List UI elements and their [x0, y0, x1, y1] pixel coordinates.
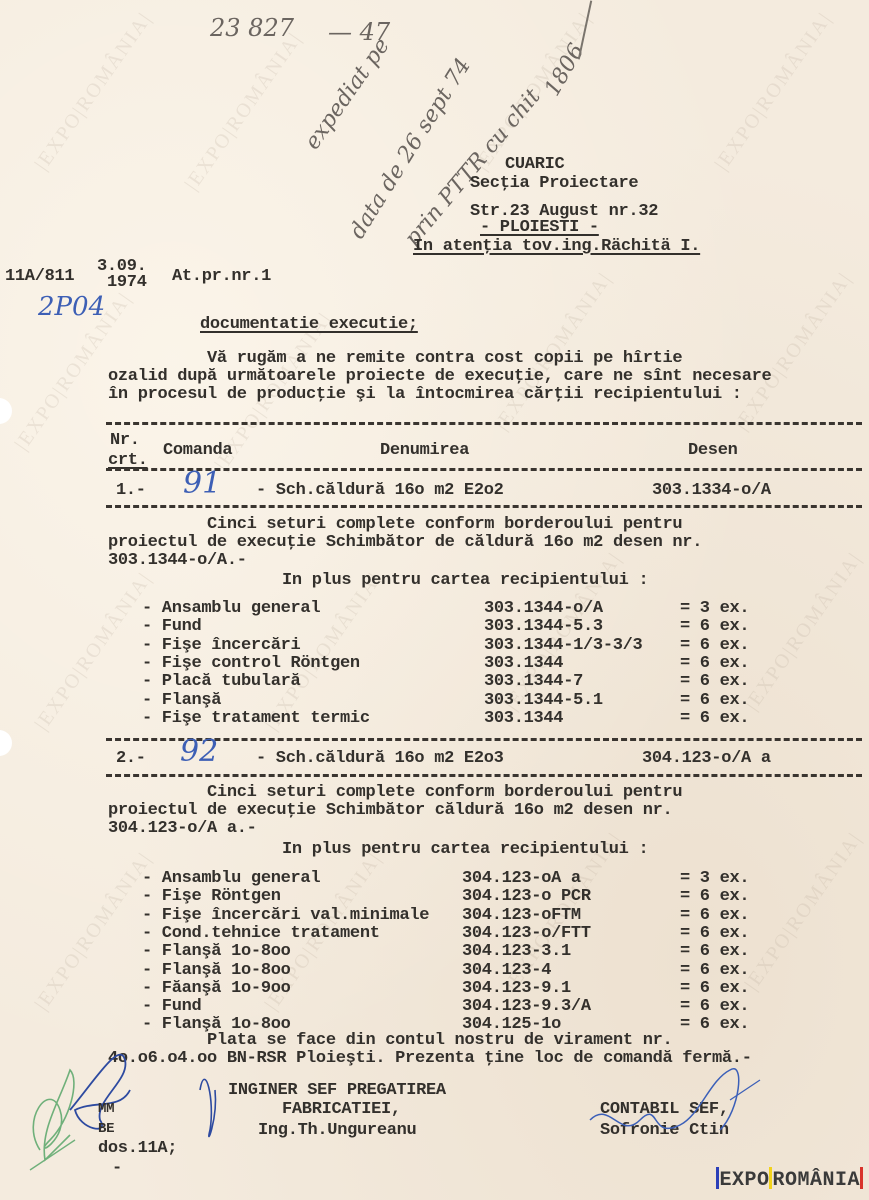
item-name: - Ansamblu general	[142, 870, 320, 888]
item-code: 303.1344	[484, 710, 563, 728]
recipient-org: CUARIC	[505, 156, 564, 174]
item-qty: = 6 ex.	[680, 925, 749, 943]
item-code: 303.1344-1/3-3/3	[484, 637, 642, 655]
item-qty: = 3 ex.	[680, 600, 749, 618]
table-rule	[106, 505, 862, 508]
reference-number: 11A/811	[5, 268, 74, 286]
signature-scribbles	[0, 1040, 869, 1180]
item-code: 304.123-oFTM	[462, 907, 581, 925]
pencil-note-line: expediat pe	[300, 34, 395, 155]
item-name: - Flanşă 1o-8oo	[142, 962, 291, 980]
reference-year: 1974	[107, 274, 147, 292]
item-name: - Fund	[142, 998, 201, 1016]
header-nr: Nr.	[110, 432, 140, 450]
item-name: - Făanşă 1o-9oo	[142, 980, 291, 998]
item-code: 303.1344-5.3	[484, 618, 603, 636]
intro-line: în procesul de producţie şi la întocmire…	[108, 386, 742, 404]
order-name: - Sch.căldură 16o m2 E2o2	[256, 482, 504, 500]
order-nr: 2.-	[116, 750, 146, 768]
blue-ink-ref: 2P04	[38, 292, 105, 322]
item-code: 304.123-4	[462, 962, 551, 980]
table-rule	[106, 738, 862, 741]
desc-line: Cinci seturi complete conform borderoulu…	[108, 516, 682, 534]
item-qty: = 6 ex.	[680, 907, 749, 925]
item-qty: = 6 ex.	[680, 980, 749, 998]
desc-line: Cinci seturi complete conform borderoulu…	[108, 784, 682, 802]
item-code: 304.123-9.1	[462, 980, 571, 998]
item-name: - Cond.tehnice tratament	[142, 925, 380, 943]
item-qty: = 6 ex.	[680, 962, 749, 980]
desc-line: 304.123-o/A a.-	[108, 820, 257, 838]
header-comanda: Comanda	[163, 442, 232, 460]
recipient-attention: In atenţia tov.ing.Rächitä I.	[413, 238, 700, 256]
subject-line: documentatie executie;	[200, 316, 418, 334]
item-qty: = 6 ex.	[680, 655, 749, 673]
item-qty: = 6 ex.	[680, 1016, 749, 1034]
extra-heading: In plus pentru cartea recipientului :	[282, 572, 648, 590]
desc-line: proiectul de execuţie Schimbător de căld…	[108, 534, 702, 552]
order-comanda: 91	[183, 466, 221, 501]
expo-romania-logo: EXPOROMÂNIA	[716, 1167, 863, 1192]
item-code: 303.1344-o/A	[484, 600, 603, 618]
item-name: - Fişe încercări	[142, 637, 300, 655]
order-drawing: 304.123-o/A a	[642, 750, 771, 768]
item-qty: = 3 ex.	[680, 870, 749, 888]
item-qty: = 6 ex.	[680, 673, 749, 691]
punch-hole	[0, 398, 12, 424]
desc-line: 303.1344-o/A.-	[108, 552, 247, 570]
item-name: - Fişe încercări val.minimale	[142, 907, 429, 925]
order-drawing: 303.1334-o/A	[652, 482, 771, 500]
item-qty: = 6 ex.	[680, 692, 749, 710]
brand-right: ROMÂNIA	[772, 1169, 860, 1192]
reference-at-pr: At.pr.nr.1	[172, 268, 271, 286]
item-code: 304.123-oA a	[462, 870, 581, 888]
item-name: - Fişe control Röntgen	[142, 655, 360, 673]
typist-initials: BE	[98, 1120, 114, 1138]
punch-hole	[0, 730, 12, 756]
intro-line: Vă rugăm a ne remite contra cost copii p…	[108, 350, 682, 368]
item-code: 303.1344	[484, 655, 563, 673]
order-comanda: 92	[180, 734, 218, 769]
typist-initials: MM	[98, 1100, 114, 1118]
item-name: - Placă tubulară	[142, 673, 300, 691]
brand-bar-red	[860, 1167, 863, 1189]
pencil-reg-number: 23 827	[210, 14, 294, 42]
item-qty: = 6 ex.	[680, 888, 749, 906]
item-name: - Fişe tratament termic	[142, 710, 370, 728]
item-code: 304.123-o PCR	[462, 888, 591, 906]
intro-line: ozalid după următoarele proiecte de exec…	[108, 368, 771, 386]
item-code: 303.1344-7	[484, 673, 583, 691]
order-name: - Sch.căldură 16o m2 E2o3	[256, 750, 504, 768]
item-name: - Flanşă 1o-8oo	[142, 943, 291, 961]
header-denumirea: Denumirea	[380, 442, 469, 460]
item-code: 304.123-9.3/A	[462, 998, 591, 1016]
footer-dash: -	[112, 1160, 122, 1178]
order-nr: 1.-	[116, 482, 146, 500]
item-qty: = 6 ex.	[680, 710, 749, 728]
header-desen: Desen	[688, 442, 738, 460]
table-rule	[106, 422, 862, 425]
pencil-note-line: 1806	[540, 40, 590, 101]
item-qty: = 6 ex.	[680, 943, 749, 961]
item-qty: = 6 ex.	[680, 637, 749, 655]
table-rule	[106, 774, 862, 777]
recipient-city: - PLOIESTI -	[480, 219, 599, 237]
item-code: 304.123-o/FTT	[462, 925, 591, 943]
item-code: 303.1344-5.1	[484, 692, 603, 710]
item-name: - Ansamblu general	[142, 600, 320, 618]
item-qty: = 6 ex.	[680, 618, 749, 636]
brand-left: EXPO	[719, 1169, 769, 1192]
item-name: - Flanşă	[142, 692, 221, 710]
dossier-ref: dos.11A;	[98, 1140, 177, 1158]
item-qty: = 6 ex.	[680, 998, 749, 1016]
desc-line: proiectul de execuţie Schimbător căldură…	[108, 802, 672, 820]
item-name: - Fund	[142, 618, 201, 636]
item-code: 304.123-3.1	[462, 943, 571, 961]
recipient-section: Secţia Proiectare	[470, 175, 638, 193]
extra-heading: In plus pentru cartea recipientului :	[282, 841, 648, 859]
item-name: - Fişe Röntgen	[142, 888, 281, 906]
